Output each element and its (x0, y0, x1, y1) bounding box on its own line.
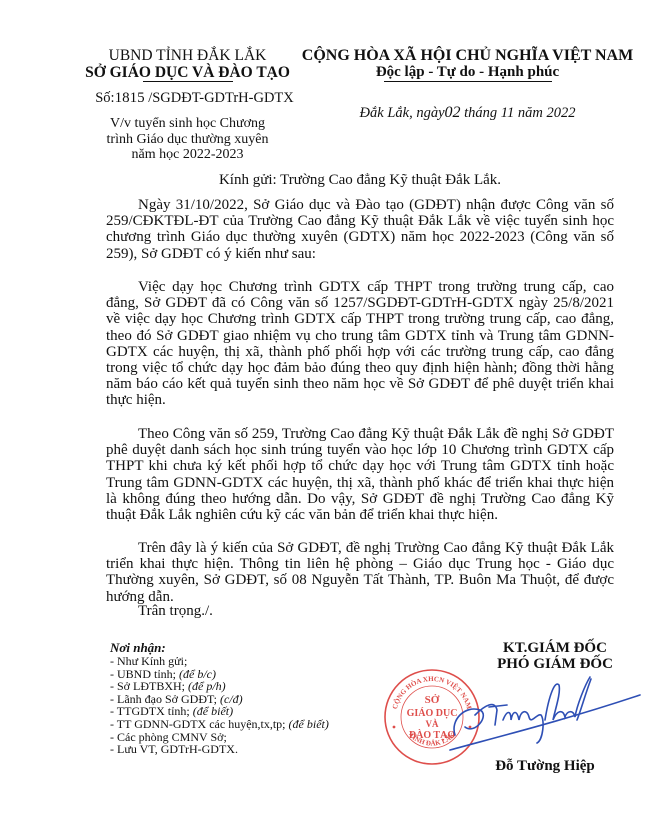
national-title: CỘNG HÒA XÃ HỘI CHỦ NGHĨA VIỆT NAM (295, 47, 640, 64)
doc-number-suffix: /SGDĐT-GDTrH-GDTX (145, 90, 294, 106)
body-paragraph: Trên đây là ý kiến của Sở GDĐT, đề nghị … (106, 540, 614, 605)
svg-text:SỞ: SỞ (425, 694, 440, 706)
signature-title-1: KT.GIÁM ĐỐC (470, 640, 640, 656)
subject-line: năm học 2022-2023 (80, 147, 295, 163)
recipient-item: - Lưu VT, GDTrH-GDTX. (110, 743, 340, 756)
document-subject: V/v tuyển sinh học Chương trình Giáo dục… (80, 116, 295, 163)
body-paragraph: Việc dạy học Chương trình GDTX cấp THPT … (106, 279, 614, 409)
document-date: Đắk Lắk, ngày02 tháng 11 năm 2022 (295, 104, 640, 122)
date-suffix: tháng 11 năm 2022 (461, 105, 576, 121)
date-day: 02 (445, 104, 461, 121)
body-paragraph: Ngày 31/10/2022, Sở Giáo dục và Đào tạo … (106, 197, 614, 262)
recipients-list: Nơi nhận: - Như Kính gửi; - UBND tỉnh; (… (110, 641, 340, 756)
signer-name: Đỗ Tường Hiệp (455, 758, 635, 775)
closing-salutation: Trân trọng./. (138, 603, 213, 620)
handwritten-signature-icon (445, 665, 645, 755)
date-prefix: Đắk Lắk, ngày (360, 105, 445, 121)
national-motto: Độc lập - Tự do - Hạnh phúc (295, 64, 640, 81)
issuer-department: SỞ GIÁO DỤC VÀ ĐÀO TẠO (80, 64, 295, 81)
motto-underline (384, 81, 552, 82)
issuer-block: UBND TỈNH ĐẮK LẮK SỞ GIÁO DỤC VÀ ĐÀO TẠO… (80, 47, 295, 163)
issuer-authority: UBND TỈNH ĐẮK LẮK (80, 47, 295, 64)
addressee: Kính gửi: Trường Cao đẳng Kỹ thuật Đắk L… (80, 172, 640, 189)
body-paragraph: Theo Công văn số 259, Trường Cao đẳng Kỹ… (106, 426, 614, 523)
doc-number-value: 1815 (115, 90, 145, 106)
recipients-title: Nơi nhận: (110, 641, 340, 655)
document-number: Số:1815 /SGDĐT-GDTrH-GDTX (80, 90, 295, 107)
national-header: CỘNG HÒA XÃ HỘI CHỦ NGHĨA VIỆT NAM Độc l… (295, 47, 640, 122)
issuer-underline (143, 81, 233, 82)
subject-line: trình Giáo dục thường xuyên (80, 132, 295, 148)
subject-line: V/v tuyển sinh học Chương (80, 116, 295, 132)
doc-number-prefix: Số: (95, 90, 114, 106)
svg-text:VÀ: VÀ (426, 719, 439, 729)
